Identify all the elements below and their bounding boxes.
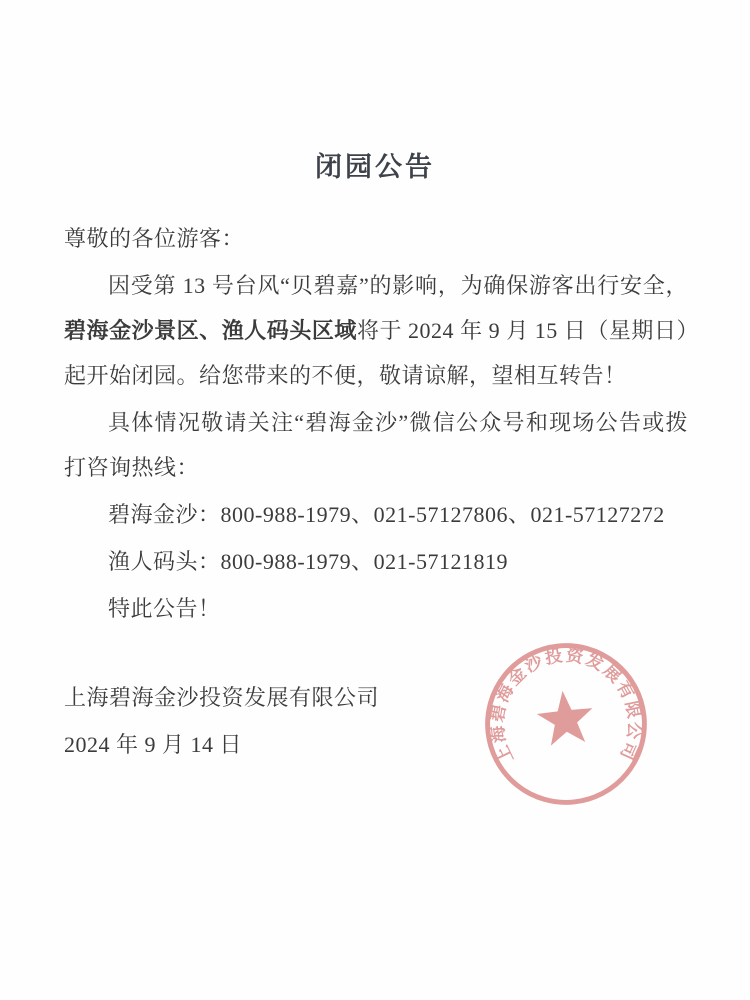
closed-areas-bold: 碧海金沙景区、渔人码头区域: [64, 318, 357, 343]
hotline-bihai-jinsha: 碧海金沙：800-988-1979、021-57127806、021-57127…: [64, 492, 688, 537]
hotline-fisherman-wharf: 渔人码头：800-988-1979、021-57121819: [64, 539, 688, 584]
closing-statement: 特此公告！: [64, 586, 688, 631]
notice-title: 闭园公告: [0, 150, 750, 184]
paragraph-info: 具体情况敬请关注“碧海金沙”微信公众号和现场公告或拨打咨询热线：: [64, 400, 688, 490]
notice-page: 闭园公告 尊敬的各位游客： 因受第 13 号台风“贝碧嘉”的影响，为确保游客出行…: [0, 0, 750, 1000]
paragraph-typhoon: 因受第 13 号台风“贝碧嘉”的影响，为确保游客出行安全，碧海金沙景区、渔人码头…: [64, 263, 688, 398]
signature-block: 上海碧海金沙投资发展有限公司 2024 年 9 月 14 日: [64, 675, 688, 767]
paragraph-typhoon-lead: 因受第 13 号台风“贝碧嘉”的影响，为确保游客出行安全，: [108, 273, 688, 298]
signature-company: 上海碧海金沙投资发展有限公司: [64, 675, 688, 720]
signature-date: 2024 年 9 月 14 日: [64, 722, 688, 767]
notice-body: 尊敬的各位游客： 因受第 13 号台风“贝碧嘉”的影响，为确保游客出行安全，碧海…: [64, 216, 688, 767]
salutation: 尊敬的各位游客：: [64, 216, 688, 261]
